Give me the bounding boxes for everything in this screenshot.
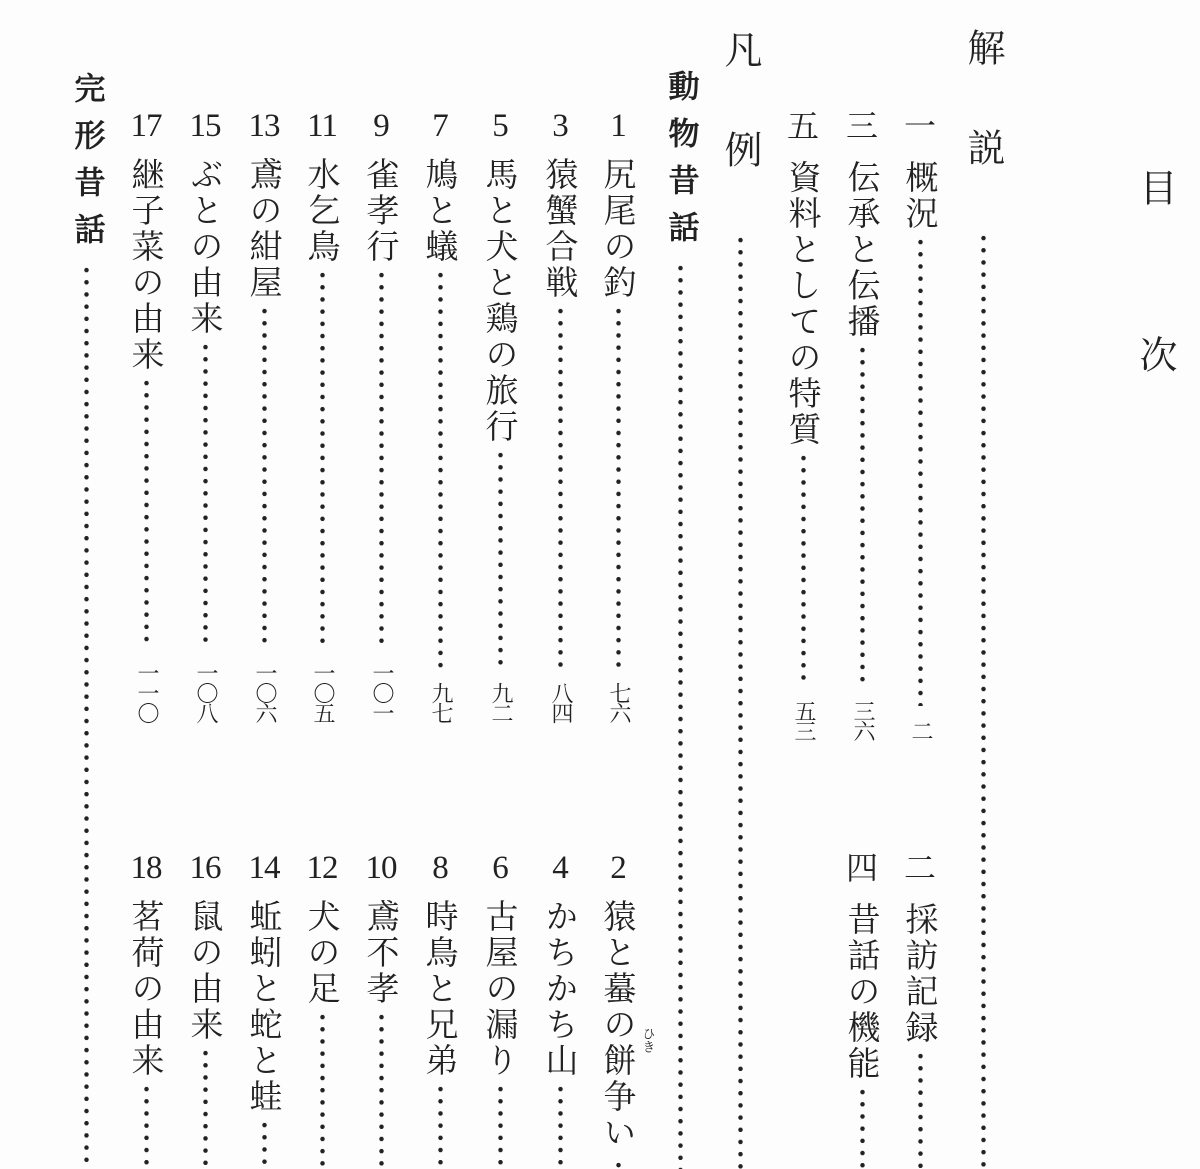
entry-number: 8 — [432, 852, 448, 885]
dot-leader — [616, 305, 621, 668]
toc-entry[interactable]: 二 採訪記録 — [898, 852, 942, 1169]
dot-leader — [498, 449, 503, 668]
toc-entry[interactable]: 17 継子菜の由来 一一〇 — [124, 110, 168, 722]
section-kaisetsu[interactable]: 解説 — [961, 28, 1005, 1169]
section-title: 動物昔話 — [665, 70, 696, 258]
dot-leader — [498, 1083, 503, 1169]
toc-entry[interactable]: 9 雀孝行 一〇一 — [359, 110, 403, 722]
entry-number: 二 — [904, 852, 936, 884]
entry-number: 四 — [846, 852, 878, 884]
entry-title: 雀孝行 — [365, 157, 398, 265]
entry-number: 3 — [552, 110, 568, 143]
toc-entry[interactable]: 1 尻尾の釣 七六 — [596, 110, 640, 722]
entry-number: 5 — [492, 110, 508, 143]
section-title: 凡例 — [721, 30, 759, 230]
dot-leader — [860, 1086, 865, 1169]
entry-title: 資料としての特質 — [787, 160, 820, 448]
dot-leader — [558, 1083, 563, 1169]
toc-entry[interactable]: 16 鼠の由来 — [183, 852, 227, 1169]
section-title: 解説 — [964, 28, 1002, 228]
toc-entry[interactable]: 8 時鳥と兄弟 — [418, 852, 462, 1169]
dot-leader — [918, 236, 923, 706]
page-number: 五三 — [792, 700, 814, 740]
dot-leader — [616, 1159, 621, 1169]
toc-entry[interactable]: 6 古屋の漏り — [478, 852, 522, 1169]
dot-leader — [379, 1011, 384, 1169]
entry-number: 10 — [366, 852, 397, 885]
section-kankei[interactable]: 完形昔話 — [64, 72, 108, 1169]
entry-number: 16 — [190, 852, 221, 885]
toc-entry[interactable]: 五 資料としての特質 五三 — [781, 110, 825, 740]
entry-title: 馬と犬と鶏の旅行 — [484, 157, 517, 445]
toc-entry[interactable]: 11 水乞鳥 一〇五 — [300, 110, 344, 722]
entry-number: 9 — [373, 110, 389, 143]
dot-leader — [860, 344, 865, 686]
entry-title: 古屋の漏り — [484, 899, 517, 1079]
dot-leader — [84, 264, 89, 1169]
entry-number: 15 — [190, 110, 221, 143]
page-number: 一〇六 — [253, 662, 275, 722]
page-number: 一〇一 — [370, 662, 392, 722]
dot-leader — [801, 452, 806, 686]
entry-number: 7 — [432, 110, 448, 143]
page-number: 八四 — [549, 682, 571, 722]
toc-entry[interactable]: 5 馬と犬と鶏の旅行 九二 — [478, 110, 522, 722]
entry-title: かちかち山 — [544, 899, 577, 1079]
entry-number: 6 — [492, 852, 508, 885]
page-number: 九七 — [429, 682, 451, 722]
section-title: 完形昔話 — [71, 72, 102, 260]
entry-number: 三 — [846, 110, 878, 142]
dot-leader — [918, 1050, 923, 1169]
entry-number: 2 — [610, 852, 626, 885]
toc-entry[interactable]: 13 鳶の紺屋 一〇六 — [242, 110, 286, 722]
toc-entry[interactable]: 2 猿と蟇の餅争い ひき — [596, 852, 640, 1169]
entry-title: 尻尾の釣 — [602, 157, 635, 301]
dot-leader — [203, 1047, 208, 1169]
section-hanrei[interactable]: 凡例 — [718, 30, 762, 1169]
entry-number: 13 — [249, 110, 280, 143]
entry-title: 蚯蚓と蛇と蛙 — [248, 899, 281, 1115]
entry-number: 14 — [249, 852, 280, 885]
entry-title: 犬の足 — [306, 899, 339, 1007]
dot-leader — [262, 305, 267, 648]
page-number: 一一〇 — [135, 662, 157, 722]
entry-title: 伝承と伝播 — [846, 160, 879, 340]
toc-entry[interactable]: 10 鳶不孝 — [359, 852, 403, 1169]
page-number: 七六 — [607, 682, 629, 722]
page-number: 二 — [909, 720, 931, 740]
dot-leader — [678, 262, 683, 1169]
dot-leader — [203, 341, 208, 648]
entry-title: 時鳥と兄弟 — [424, 899, 457, 1079]
toc-entry[interactable]: 14 蚯蚓と蛇と蛙 — [242, 852, 286, 1169]
entry-title: 茗荷の由来 — [130, 899, 163, 1079]
page-title-char-1: 目 — [1128, 168, 1183, 206]
page-number: 一〇八 — [194, 662, 216, 722]
entry-number: 4 — [552, 852, 568, 885]
entry-title: 猿と蟇の餅争い — [602, 899, 635, 1151]
dot-leader — [320, 1011, 325, 1169]
entry-number: 12 — [307, 852, 338, 885]
entry-title: 概況 — [904, 160, 937, 232]
dot-leader — [144, 1083, 149, 1169]
entry-number: 一 — [904, 110, 936, 142]
page-title-char-2: 次 — [1128, 335, 1183, 373]
dot-leader — [262, 1119, 267, 1169]
entry-number: 18 — [131, 852, 162, 885]
entry-title: 継子菜の由来 — [130, 157, 163, 373]
ruby-reading: ひき — [638, 1027, 657, 1053]
dot-leader — [320, 269, 325, 648]
entry-title: 鳩と蟻 — [424, 157, 457, 265]
entry-title: 採訪記録 — [904, 902, 937, 1046]
toc-entry[interactable]: 3 猿蟹合戦 八四 — [538, 110, 582, 722]
entry-title: 猿蟹合戦 — [544, 157, 577, 301]
entry-number: 11 — [307, 110, 337, 143]
dot-leader — [438, 269, 443, 668]
toc-entry[interactable]: 四 昔話の機能 — [840, 852, 884, 1169]
dot-leader — [738, 234, 743, 1169]
page-number: 三六 — [851, 700, 873, 740]
page-number: 九二 — [489, 682, 511, 722]
toc-entry[interactable]: 4 かちかち山 — [538, 852, 582, 1169]
toc-entry[interactable]: 15 ぶとの由来 一〇八 — [183, 110, 227, 722]
toc-entry[interactable]: 7 鳩と蟻 九七 — [418, 110, 462, 722]
dot-leader — [981, 232, 986, 1169]
page-number: 一〇五 — [311, 662, 333, 722]
section-doubutsu[interactable]: 動物昔話 — [658, 70, 702, 1169]
toc-entry[interactable]: 一 概況 二 — [898, 110, 942, 740]
entry-title: 鳶不孝 — [365, 899, 398, 1007]
dot-leader — [438, 1083, 443, 1169]
dot-leader — [144, 377, 149, 648]
entry-title: 昔話の機能 — [846, 902, 879, 1082]
dot-leader — [558, 305, 563, 668]
entry-title: 鳶の紺屋 — [248, 157, 281, 301]
entry-number: 1 — [610, 110, 626, 143]
entry-number: 五 — [787, 110, 819, 142]
entry-title: 水乞鳥 — [306, 157, 339, 265]
dot-leader — [379, 269, 384, 648]
toc-entry[interactable]: 三 伝承と伝播 三六 — [840, 110, 884, 740]
entry-title: 鼠の由来 — [189, 899, 222, 1043]
entry-number: 17 — [131, 110, 162, 143]
entry-title-wrap: 猿と蟇の餅争い ひき — [602, 899, 635, 1155]
toc-entry[interactable]: 12 犬の足 — [300, 852, 344, 1169]
entry-title: ぶとの由来 — [189, 157, 222, 337]
toc-entry[interactable]: 18 茗荷の由来 — [124, 852, 168, 1169]
